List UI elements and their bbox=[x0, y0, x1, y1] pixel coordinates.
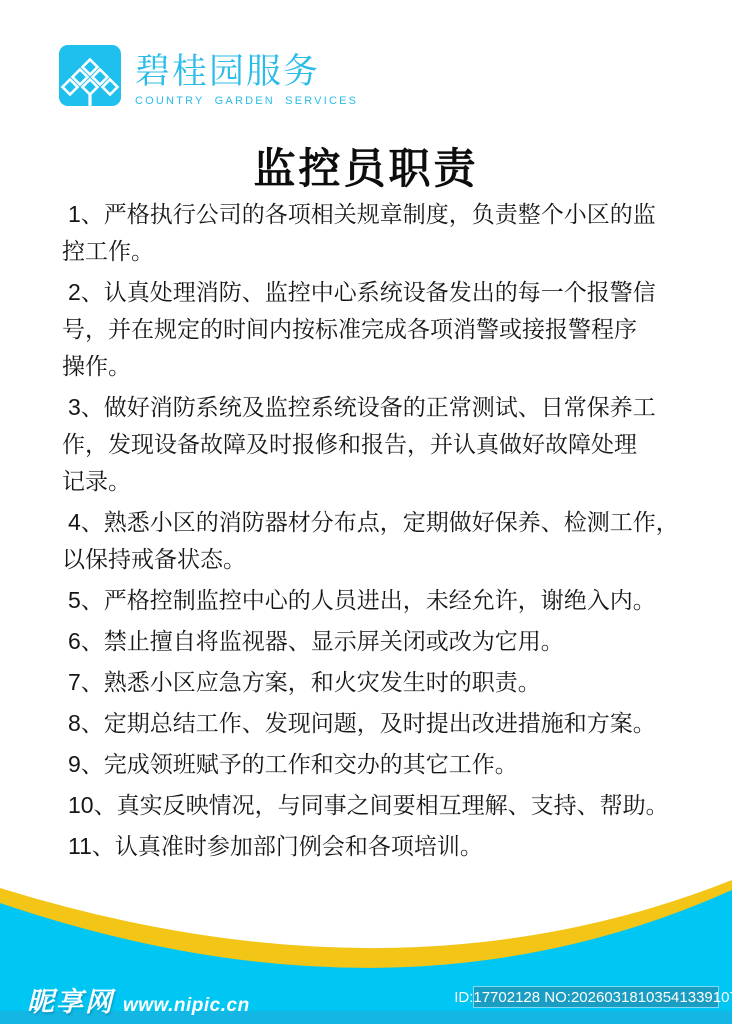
duty-item: 9、完成领班赋予的工作和交办的其它工作。 bbox=[62, 746, 684, 783]
duty-item: 3、做好消防系统及监控系统设备的正常测试、日常保养工 作，发现设备故障及时报修和… bbox=[62, 389, 684, 500]
duty-item: 1、严格执行公司的各项相关规章制度，负责整个小区的监 控工作。 bbox=[62, 196, 684, 270]
watermark-site-name: 昵享网 bbox=[27, 980, 114, 1019]
poster-page: { "brand": { "name_cn": "碧桂园服务", "name_e… bbox=[0, 0, 732, 1024]
duty-item: 4、熟悉小区的消防器材分布点，定期做好保养、检测工作， 以保持戒备状态。 bbox=[62, 504, 684, 578]
watermark-site-url: www.nipic.cn bbox=[123, 995, 250, 1017]
brand-tagline: COUNTRY GARDEN SERVICES bbox=[135, 95, 358, 107]
duty-item: 5、严格控制监控中心的人员进出，未经允许，谢绝入内。 bbox=[62, 582, 684, 619]
duty-item: 2、认真处理消防、监控中心系统设备发出的每一个报警信 号，并在规定的时间内按标准… bbox=[62, 274, 684, 385]
diamond-tree-icon bbox=[59, 45, 121, 106]
brand-logo: 碧桂园服务 COUNTRY GARDEN SERVICES bbox=[59, 45, 358, 107]
duty-item: 6、禁止擅自将监视器、显示屏关闭或改为它用。 bbox=[62, 623, 684, 660]
watermark: 昵享网 www.nipic.cn bbox=[27, 980, 250, 1019]
duties-list: 1、严格执行公司的各项相关规章制度，负责整个小区的监 控工作。 2、认真处理消防… bbox=[62, 196, 684, 869]
duty-item: 7、熟悉小区应急方案，和火灾发生时的职责。 bbox=[62, 664, 684, 701]
page-title: 监控员职责 bbox=[0, 136, 732, 196]
duty-item: 10、真实反映情况，与同事之间要相互理解、支持、帮助。 bbox=[62, 787, 684, 824]
image-id-badge: ID:17702128 NO:20260318103541339107 bbox=[473, 986, 719, 1008]
brand-name: 碧桂园服务 bbox=[135, 54, 358, 90]
brand-text: 碧桂园服务 COUNTRY GARDEN SERVICES bbox=[135, 45, 358, 107]
duty-item: 8、定期总结工作、发现问题，及时提出改进措施和方案。 bbox=[62, 705, 684, 742]
